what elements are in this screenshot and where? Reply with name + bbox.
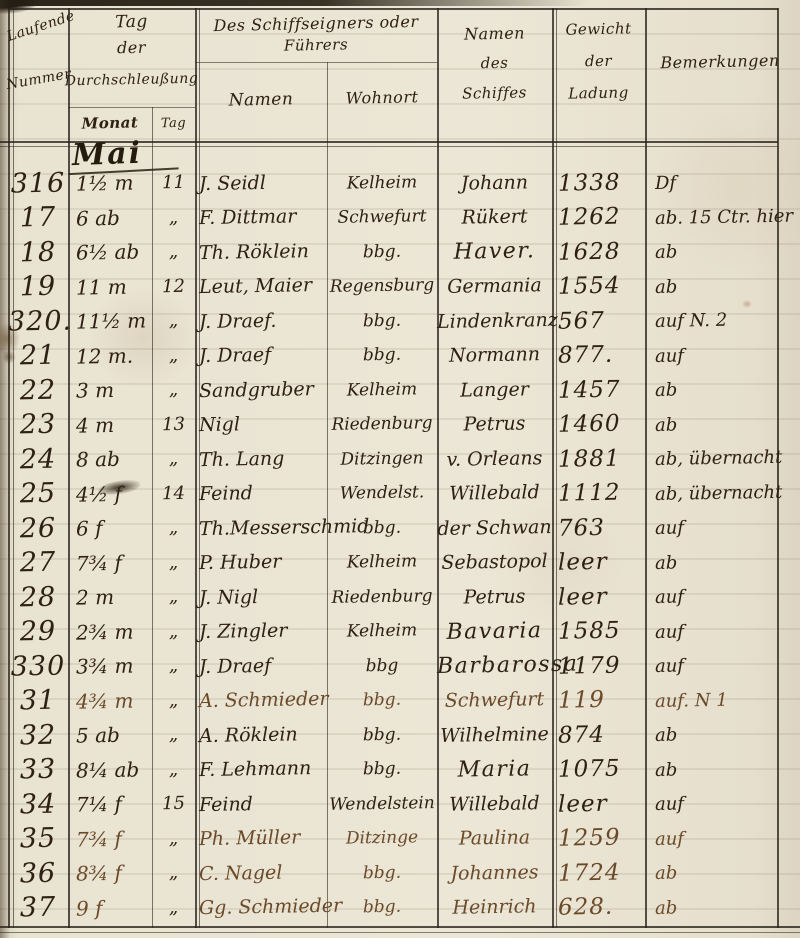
cell-remark: auf. N 1 (645, 691, 778, 711)
cell-running-number: 25 (8, 480, 68, 508)
cell-ship-name: Barbarossa (437, 654, 552, 678)
cell-owner-name: J. Zingler (195, 621, 327, 642)
cell-owner-name: J. Draef (195, 656, 327, 677)
cell-residence: bbg. (327, 691, 437, 710)
cell-time: 2¾ m (68, 621, 152, 642)
table-border-top (8, 8, 778, 10)
cell-owner-name: Th. Röklein (195, 242, 327, 263)
cell-residence: bbg. (327, 519, 437, 538)
header-weight-line2: der (552, 51, 645, 71)
header-ship-line3: Schiffes (437, 83, 552, 103)
cell-remark: auf (645, 829, 778, 849)
cell-ship-name: Schwefurt (437, 690, 552, 711)
cell-cargo-weight: 1262 (552, 205, 645, 230)
cell-cargo-weight: 1460 (552, 412, 645, 437)
header-number-line1: Laufende (5, 11, 67, 45)
cell-running-number: 27 (8, 549, 68, 577)
cell-owner-name: J. Nigl (195, 587, 327, 608)
cell-day: „ (152, 208, 195, 227)
header-remarks: Bemerkungen (645, 50, 795, 72)
cell-cargo-weight: 1075 (552, 757, 645, 782)
cell-cargo-weight: leer (552, 550, 645, 575)
cell-remark: ab (645, 863, 778, 883)
cell-day: „ (152, 829, 195, 848)
cell-cargo-weight: 763 (552, 516, 645, 541)
cell-ship-name: Sebastopol (437, 552, 552, 573)
table-row: 325 ab„A. Rökleinbbg.Wilhelmine874ab (8, 718, 778, 753)
cell-running-number: 17 (8, 204, 68, 232)
cell-ship-name: Langer (437, 380, 552, 401)
cell-day: „ (152, 450, 195, 469)
cell-remark: ab (645, 553, 778, 573)
table-row: 282 m„J. NiglRiedenburgPetrusleerauf (8, 580, 778, 615)
cell-running-number: 37 (8, 894, 68, 922)
cell-cargo-weight: 1179 (552, 654, 645, 679)
cell-cargo-weight: 1112 (552, 481, 645, 506)
table-row: 368¾ f„C. Nagelbbg.Johannes1724ab (8, 856, 778, 891)
cell-remark: ab (645, 760, 778, 780)
cell-day: „ (152, 760, 195, 779)
cell-ship-name: Petrus (437, 587, 552, 608)
cell-residence: bbg. (327, 864, 437, 883)
cell-owner-name: F. Lehmann (195, 759, 327, 780)
cell-owner-name: J. Draef. (195, 311, 327, 332)
cell-remark: auf N. 2 (645, 311, 778, 331)
cell-time: 3 m (68, 380, 152, 401)
cell-residence: bbg. (327, 898, 437, 917)
cell-day: „ (152, 691, 195, 710)
header-ship-line2: des (437, 53, 552, 73)
cell-ship-name: Johannes (437, 863, 552, 884)
cell-remark: ab (645, 277, 778, 297)
cell-time: 7¾ f (68, 828, 152, 849)
table-row: 254½ f14FeindWendelst.Willebald1112ab, ü… (8, 477, 778, 512)
cell-cargo-weight: 1585 (552, 619, 645, 644)
cell-ship-name: Normann (437, 345, 552, 366)
cell-ship-name: Bavaria (437, 620, 552, 644)
month-label: Mai (71, 134, 192, 173)
cell-remark: auf (645, 622, 778, 642)
cell-remark: ab (645, 898, 778, 918)
table-row: 292¾ m„J. ZinglerKelheimBavaria1585auf (8, 615, 778, 650)
cell-remark: ab, übernacht (645, 484, 778, 504)
cell-cargo-weight: 1457 (552, 378, 645, 403)
cell-day: 14 (152, 484, 195, 503)
cell-cargo-weight: 877. (552, 343, 645, 368)
cell-ship-name: Heinrich (437, 897, 552, 918)
cell-residence: Ditzingen (327, 450, 437, 469)
cell-owner-name: Leut, Maier (195, 276, 327, 297)
subheader-month: Monat (68, 113, 152, 133)
cell-remark: auf (645, 587, 778, 607)
torn-top-edge (0, 0, 590, 6)
table-row: 379 f„Gg. Schmiederbbg.Heinrich628.ab (8, 891, 778, 926)
header-ship-line1: Namen (437, 23, 552, 44)
cell-running-number: 33 (8, 756, 68, 784)
cell-day: „ (152, 898, 195, 917)
cell-cargo-weight: 119 (552, 688, 645, 713)
cell-remark: auf (645, 794, 778, 814)
cell-running-number: 21 (8, 342, 68, 370)
table-row: 1911 m12Leut, MaierRegensburgGermania155… (8, 270, 778, 305)
table-row: 357¾ f„Ph. MüllerDitzingePaulina1259auf (8, 822, 778, 857)
cell-ship-name: Petrus (437, 414, 552, 435)
cell-time: 12 m. (68, 345, 152, 366)
cell-ship-name: Germania (437, 276, 552, 297)
cell-time: 11 m (68, 276, 152, 297)
cell-ship-name: Willebald (437, 483, 552, 504)
cell-running-number: 330 (8, 652, 68, 680)
cell-running-number: 19 (8, 273, 68, 301)
cell-running-number: 31 (8, 687, 68, 715)
header-day-line2: der (68, 37, 195, 59)
cell-day: „ (152, 381, 195, 400)
cell-owner-name: J. Draef (195, 345, 327, 366)
cell-ship-name: Rükert (437, 207, 552, 228)
subheader-day: Tag (152, 116, 195, 132)
cell-remark: ab (645, 415, 778, 435)
cell-day: „ (152, 243, 195, 262)
cell-running-number: 28 (8, 583, 68, 611)
cell-day: „ (152, 622, 195, 641)
cell-owner-name: Th. Lang (195, 449, 327, 470)
cell-residence: bbg. (327, 346, 437, 365)
cell-day: „ (152, 312, 195, 331)
cell-running-number: 22 (8, 376, 68, 404)
cell-running-number: 320. (8, 307, 68, 335)
cell-owner-name: Th.Messerschmid (195, 518, 327, 539)
cell-remark: ab (645, 380, 778, 400)
header-weight-line1: Gewicht (552, 19, 645, 39)
cell-owner-name: Feind (195, 483, 327, 504)
subheader-monat-topline (68, 107, 195, 108)
cell-time: 11½ m (68, 311, 152, 332)
cell-residence: Schwefurt (327, 208, 437, 227)
header-number-line2: Nummer (5, 67, 67, 93)
cell-time: 1½ m (68, 173, 152, 194)
cell-running-number: 24 (8, 445, 68, 473)
cell-cargo-weight: leer (552, 585, 645, 610)
table-row: 338¼ ab„F. Lehmannbbg.Maria1075ab (8, 753, 778, 788)
header-owner-line2: Führers (195, 33, 437, 56)
table-row: 347¼ f15FeindWendelsteinWillebaldleerauf (8, 787, 778, 822)
subheader-residence: Wohnort (327, 87, 437, 108)
cell-ship-name: Wilhelmine (437, 725, 552, 746)
cell-cargo-weight: 1554 (552, 274, 645, 299)
cell-residence: Kelheim (327, 622, 437, 641)
cell-day: „ (152, 346, 195, 365)
cell-remark: ab. 15 Ctr. hier (645, 208, 778, 228)
cell-owner-name: F. Dittmar (195, 207, 327, 228)
cell-time: 7¼ f (68, 794, 152, 815)
table-row: 248 ab„Th. LangDitzingenv. Orleans1881ab… (8, 442, 778, 477)
cell-running-number: 36 (8, 859, 68, 887)
cell-residence: bbg. (327, 243, 437, 262)
cell-time: 2 m (68, 587, 152, 608)
cell-residence: bbg. (327, 312, 437, 331)
cell-running-number: 26 (8, 514, 68, 542)
cell-ship-name: Maria (437, 758, 552, 782)
cell-ship-name: Willebald (437, 794, 552, 815)
table-row: 320.11½ m„J. Draef.bbg.Lindenkranz567auf… (8, 304, 778, 339)
cell-remark: ab (645, 242, 778, 262)
cell-day: „ (152, 553, 195, 572)
cell-owner-name: J. Seidl (195, 173, 327, 194)
cell-residence: bbg. (327, 726, 437, 745)
cell-ship-name: Paulina (437, 828, 552, 849)
table-row: 176 ab„F. DittmarSchwefurtRükert1262ab. … (8, 201, 778, 236)
cell-ship-name: Haver. (437, 240, 552, 264)
cell-running-number: 29 (8, 618, 68, 646)
table-border-bottom-2 (0, 932, 800, 933)
cell-owner-name: Feind (195, 794, 327, 815)
cell-time: 4 m (68, 414, 152, 435)
table-row: 277¾ f„P. HuberKelheimSebastopolleerab (8, 546, 778, 581)
cell-cargo-weight: 1881 (552, 447, 645, 472)
table-row: 3303¾ m„J. DraefbbgBarbarossa1179auf (8, 649, 778, 684)
cell-time: 9 f (68, 897, 152, 918)
owner-header-underline (195, 62, 437, 63)
cell-day: 11 (152, 174, 195, 193)
cell-owner-name: Sandgruber (195, 380, 327, 401)
cell-cargo-weight: 874 (552, 723, 645, 748)
ledger-page: Laufende Nummer Tag der Durchschleußung … (0, 0, 800, 938)
cell-time: 8¼ ab (68, 759, 152, 780)
cell-remark: auf (645, 518, 778, 538)
cell-cargo-weight: 1628 (552, 240, 645, 265)
cell-remark: ab, übernacht (645, 449, 778, 469)
cell-time: 5 ab (68, 725, 152, 746)
cell-remark: ab (645, 725, 778, 745)
table-row: 314¾ m„A. Schmiederbbg.Schwefurt119auf. … (8, 684, 778, 719)
cell-residence: Wendelst. (327, 484, 437, 503)
cell-day: 13 (152, 415, 195, 434)
cell-time: 6 ab (68, 207, 152, 228)
cell-owner-name: Gg. Schmieder (195, 897, 327, 918)
cell-day: 15 (152, 795, 195, 814)
cell-time: 3¾ m (68, 656, 152, 677)
header-day-line1: Tag (68, 11, 195, 34)
cell-running-number: 23 (8, 411, 68, 439)
cell-cargo-weight: 628. (552, 895, 645, 920)
cell-residence: Kelheim (327, 174, 437, 193)
cell-time: 4¾ m (68, 690, 152, 711)
cell-cargo-weight: 1259 (552, 826, 645, 851)
cell-remark: Df (645, 173, 778, 193)
cell-running-number: 34 (8, 790, 68, 818)
table-border-bottom (0, 926, 800, 928)
cell-running-number: 18 (8, 238, 68, 266)
cell-day: „ (152, 864, 195, 883)
cell-residence: Ditzinge (327, 829, 437, 848)
header-day-line3: Durchschleußung (64, 71, 199, 90)
cell-residence: Wendelstein (327, 795, 437, 814)
cell-time: 8 ab (68, 449, 152, 470)
cell-cargo-weight: 1724 (552, 861, 645, 886)
cell-ship-name: Johann (437, 173, 552, 194)
cell-residence: Riedenburg (327, 588, 437, 607)
cell-day: „ (152, 726, 195, 745)
cell-time: 8¾ f (68, 863, 152, 884)
cell-time: 7¾ f (68, 552, 152, 573)
cell-residence: Regensburg (327, 277, 437, 296)
table-row: 186½ ab„Th. Rökleinbbg.Haver.1628ab (8, 235, 778, 270)
cell-day: „ (152, 657, 195, 676)
cell-ship-name: v. Orleans (437, 449, 552, 470)
cell-residence: bbg (327, 657, 437, 676)
cell-residence: bbg. (327, 760, 437, 779)
table-row: 234 m13NiglRiedenburgPetrus1460ab (8, 408, 778, 443)
cell-cargo-weight: leer (552, 792, 645, 817)
cell-day: 12 (152, 277, 195, 296)
cell-time: 6 f (68, 518, 152, 539)
cell-cargo-weight: 1338 (552, 171, 645, 196)
cell-owner-name: C. Nagel (195, 863, 327, 884)
ledger-rows: 3161½ m11J. SeidlKelheimJohann1338Df176 … (8, 166, 778, 925)
cell-owner-name: Ph. Müller (195, 828, 327, 849)
cell-running-number: 32 (8, 721, 68, 749)
cell-owner-name: Nigl (195, 414, 327, 435)
cell-owner-name: A. Schmieder (195, 690, 327, 711)
table-row: 223 m„SandgruberKelheimLanger1457ab (8, 373, 778, 408)
subheader-name: Namen (195, 89, 327, 112)
cell-owner-name: A. Röklein (195, 725, 327, 746)
cell-time: 6½ ab (68, 242, 152, 263)
cell-ship-name: Lindenkranz (437, 311, 552, 332)
cell-remark: auf (645, 346, 778, 366)
cell-cargo-weight: 567 (552, 309, 645, 334)
header-owner-line1: Des Schiffseigners oder (195, 11, 437, 35)
cell-residence: Kelheim (327, 381, 437, 400)
cell-time: 4½ f (68, 483, 152, 504)
cell-running-number: 35 (8, 825, 68, 853)
cell-day: „ (152, 588, 195, 607)
header-weight-line3: Ladung (552, 83, 645, 103)
table-row: 266 f„Th.Messerschmidbbg.der Schwan763au… (8, 511, 778, 546)
cell-residence: Riedenburg (327, 415, 437, 434)
cell-residence: Kelheim (327, 553, 437, 572)
cell-ship-name: der Schwan (437, 518, 552, 539)
cell-remark: auf (645, 656, 778, 676)
table-row: 2112 m.„J. Draefbbg.Normann877.auf (8, 339, 778, 374)
cell-running-number: 316 (8, 169, 68, 197)
cell-owner-name: P. Huber (195, 552, 327, 573)
cell-day: „ (152, 519, 195, 538)
